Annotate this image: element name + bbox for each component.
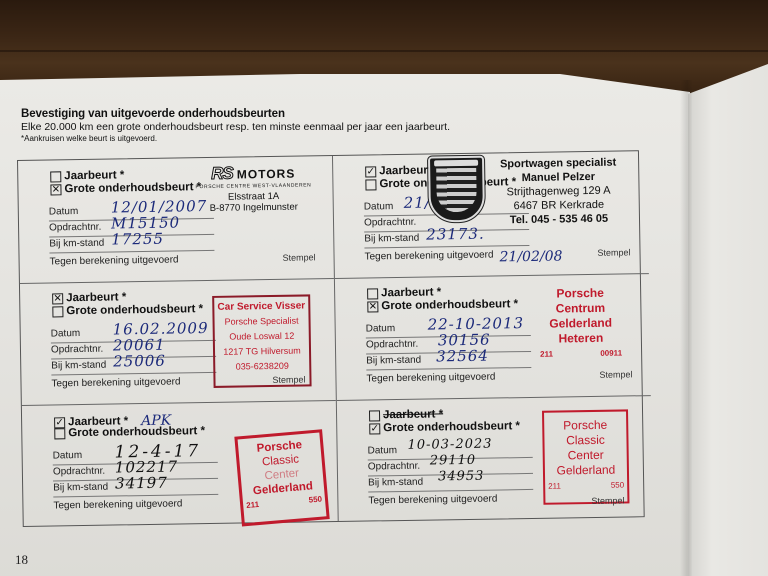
km-value: 23173. bbox=[426, 225, 485, 244]
checkbox-checked-icon[interactable]: ✕ bbox=[367, 301, 378, 312]
checkbox-unchecked-icon[interactable] bbox=[367, 288, 378, 299]
service-record-table: Jaarbeurt * ✕Grote onderhoudsbeurt * Dat… bbox=[17, 150, 645, 527]
checkbox-checked-icon[interactable]: ✓ bbox=[365, 166, 376, 177]
service-entry-1: Jaarbeurt * ✕Grote onderhoudsbeurt * Dat… bbox=[18, 156, 334, 284]
km-field: Bij km-stand34953 bbox=[368, 475, 533, 493]
service-entry-2: ✓Jaarbeurt * Grote onderhoudsbeurt * Dat… bbox=[333, 151, 649, 279]
km-label: Bij km-stand bbox=[49, 238, 104, 250]
stamp-line4: 1217 TG Hilversum bbox=[215, 343, 309, 359]
km-value: 25006 bbox=[113, 352, 166, 371]
stempel-label: Stempel bbox=[599, 369, 632, 380]
checkbox-unchecked-icon[interactable] bbox=[369, 410, 380, 421]
page-header: Bevestiging van uitgevoerde onderhoudsbe… bbox=[21, 108, 450, 143]
checkbox-checked-icon[interactable]: ✓ bbox=[54, 417, 65, 428]
jaarbeurt-label: Jaarbeurt * bbox=[64, 169, 124, 182]
jaarbeurt-option[interactable]: Jaarbeurt * bbox=[369, 408, 443, 421]
page-title: Bevestiging van uitgevoerde onderhoudsbe… bbox=[21, 108, 450, 120]
grote-beurt-label: Grote onderhoudsbeurt * bbox=[381, 298, 518, 312]
stamp-code-left: 211 bbox=[548, 478, 561, 493]
porsche-centrum-gelderland-stamp: Porsche Centrum Gelderland Heteren 21100… bbox=[535, 285, 626, 361]
stamp-line4: Heteren bbox=[536, 330, 626, 346]
tegen-berekening-label: Tegen berekening uitgevoerd bbox=[368, 493, 497, 506]
stamp-code-right: 550 bbox=[308, 493, 323, 508]
tegen-berekening-label: Tegen berekening uitgevoerd bbox=[366, 372, 495, 385]
porsche-crest-icon bbox=[428, 156, 485, 223]
opdrachtnr-label: Opdrachtnr. bbox=[364, 217, 416, 229]
rs-logo: RS bbox=[211, 164, 233, 184]
km-field: Bij km-stand23173. bbox=[364, 231, 529, 249]
tegen-berekening-label: Tegen berekening uitgevoerd bbox=[50, 254, 179, 267]
service-entry-5: ✓Jaarbeurt *APK Grote onderhoudsbeurt * … bbox=[22, 400, 338, 527]
page-note: *Aankruisen welke beurt is uitgevoerd. bbox=[21, 134, 450, 143]
jaarbeurt-option[interactable]: Jaarbeurt * bbox=[367, 286, 441, 299]
stamp-code-right: 00911 bbox=[600, 346, 622, 361]
stamp-line4: Gelderland bbox=[545, 462, 627, 478]
grote-beurt-option[interactable]: ✓Grote onderhoudsbeurt * bbox=[369, 420, 520, 434]
porsche-classic-center-stamp: Porsche Classic Center Gelderland 211550 bbox=[542, 409, 629, 504]
page-gutter-shadow bbox=[680, 80, 692, 576]
page-number: 18 bbox=[15, 552, 28, 568]
stamp-line3: Gelderland bbox=[536, 315, 626, 331]
grote-beurt-label: Grote onderhoudsbeurt * bbox=[68, 425, 205, 439]
jaarbeurt-label: Jaarbeurt * bbox=[66, 291, 126, 304]
jaarbeurt-label: Jaarbeurt * bbox=[381, 286, 441, 299]
page-subtitle: Elke 20.000 km een grote onderhoudsbeurt… bbox=[21, 121, 450, 133]
handwritten-date: 21/02/08 bbox=[499, 248, 562, 265]
grote-beurt-option[interactable]: Grote onderhoudsbeurt * bbox=[54, 425, 205, 439]
rs-motors-stamp: RS MOTORS PORSCHE CENTRE WEST-VLAANDEREN… bbox=[188, 162, 319, 214]
grote-beurt-label: Grote onderhoudsbeurt * bbox=[66, 303, 203, 317]
km-label: Bij km-stand bbox=[364, 233, 419, 245]
km-field: Bij km-stand34197 bbox=[53, 480, 218, 498]
stamp-tagline: PORSCHE CENTRE WEST-VLAANDEREN bbox=[188, 182, 318, 190]
service-entry-3: ✕Jaarbeurt * Grote onderhoudsbeurt * Dat… bbox=[20, 278, 336, 406]
tegen-berekening-label: Tegen berekening uitgevoerd bbox=[364, 250, 493, 263]
stempel-label: Stempel bbox=[272, 374, 305, 385]
stamp-code-left: 211 bbox=[246, 498, 260, 513]
datum-label: Datum bbox=[51, 328, 81, 339]
grote-beurt-option[interactable]: Grote onderhoudsbeurt * bbox=[52, 303, 203, 317]
stamp-name: MOTORS bbox=[237, 167, 296, 182]
checkbox-unchecked-icon[interactable] bbox=[52, 306, 63, 317]
stamp-line2: Classic bbox=[544, 432, 626, 448]
checkbox-unchecked-icon[interactable] bbox=[365, 179, 376, 190]
jaarbeurt-option[interactable]: Jaarbeurt * bbox=[50, 169, 124, 182]
stempel-label: Stempel bbox=[597, 247, 630, 258]
opdrachtnr-label: Opdrachtnr. bbox=[51, 344, 103, 356]
stamp-line3: Center bbox=[545, 447, 627, 463]
km-value: 32564 bbox=[436, 347, 489, 366]
opdrachtnr-label: Opdrachtnr. bbox=[368, 461, 420, 473]
tegen-berekening-label: Tegen berekening uitgevoerd bbox=[51, 376, 180, 389]
stamp-line2: Porsche Specialist bbox=[214, 313, 308, 329]
checkbox-unchecked-icon[interactable] bbox=[54, 428, 65, 439]
jaarbeurt-option[interactable]: ✕Jaarbeurt * bbox=[52, 291, 126, 304]
stamp-code-left: 211 bbox=[540, 347, 553, 362]
opdrachtnr-label: Opdrachtnr. bbox=[53, 466, 105, 478]
jaarbeurt-label: Jaarbeurt * bbox=[383, 408, 443, 421]
service-entry-4: Jaarbeurt * ✕Grote onderhoudsbeurt * Dat… bbox=[335, 273, 651, 401]
stamp-line2: Centrum bbox=[535, 300, 625, 316]
checkbox-checked-icon[interactable]: ✕ bbox=[52, 293, 63, 304]
stamp-phone: 035-6238209 bbox=[215, 358, 309, 374]
stamp-line1: Porsche bbox=[544, 417, 626, 433]
stamp-line1: Porsche bbox=[535, 285, 625, 301]
km-value: 34953 bbox=[438, 469, 485, 485]
datum-label: Datum bbox=[368, 445, 398, 456]
km-label: Bij km-stand bbox=[366, 355, 421, 367]
stamp-phone: Tel. 045 - 535 46 05 bbox=[484, 211, 634, 227]
stamp-line1: Car Service Visser bbox=[214, 298, 308, 314]
opdrachtnr-label: Opdrachtnr. bbox=[366, 339, 418, 351]
grote-beurt-label: Grote onderhoudsbeurt * bbox=[64, 181, 201, 195]
tegen-berekening-label: Tegen berekening uitgevoerd bbox=[53, 498, 182, 511]
stamp-line3: Oude Loswal 12 bbox=[215, 328, 309, 344]
stempel-label: Stempel bbox=[591, 496, 624, 507]
stamp-code-right: 550 bbox=[611, 478, 625, 493]
booklet-page-right bbox=[688, 64, 768, 576]
grote-beurt-label: Grote onderhoudsbeurt * bbox=[383, 420, 520, 434]
grote-beurt-option[interactable]: ✕Grote onderhoudsbeurt * bbox=[50, 181, 201, 195]
service-entry-6: Jaarbeurt * ✓Grote onderhoudsbeurt * Dat… bbox=[337, 395, 653, 522]
opdrachtnr-value: 29110 bbox=[430, 453, 477, 469]
datum-label: Datum bbox=[49, 206, 79, 217]
km-value: 34197 bbox=[115, 474, 168, 493]
checkbox-checked-icon[interactable]: ✕ bbox=[50, 184, 61, 195]
opdrachtnr-label: Opdrachtnr. bbox=[49, 222, 101, 234]
stamp-city: B-8770 Ingelmunster bbox=[189, 201, 319, 214]
km-field: Bij km-stand32564 bbox=[366, 353, 531, 371]
checkbox-checked-icon[interactable]: ✓ bbox=[369, 423, 380, 434]
datum-label: Datum bbox=[364, 201, 394, 212]
datum-label: Datum bbox=[53, 450, 83, 461]
datum-value: 10-03-2023 bbox=[407, 437, 492, 453]
km-label: Bij km-stand bbox=[51, 360, 106, 372]
km-value: 17255 bbox=[111, 230, 164, 249]
porsche-classic-center-stamp: Porsche Classic Center Gelderland 211550 bbox=[234, 429, 329, 526]
grote-beurt-option[interactable]: ✕Grote onderhoudsbeurt * bbox=[367, 298, 518, 312]
stempel-label: Stempel bbox=[282, 252, 315, 263]
km-label: Bij km-stand bbox=[368, 477, 423, 489]
km-field: Bij km-stand25006 bbox=[51, 358, 216, 376]
km-label: Bij km-stand bbox=[53, 482, 108, 494]
datum-label: Datum bbox=[366, 323, 396, 334]
checkbox-unchecked-icon[interactable] bbox=[50, 171, 61, 182]
stamp-line1: Sportwagen specialist bbox=[483, 155, 633, 171]
km-field: Bij km-stand17255 bbox=[49, 236, 214, 254]
pelzer-stamp: Sportwagen specialist Manuel Pelzer Stri… bbox=[483, 155, 634, 227]
